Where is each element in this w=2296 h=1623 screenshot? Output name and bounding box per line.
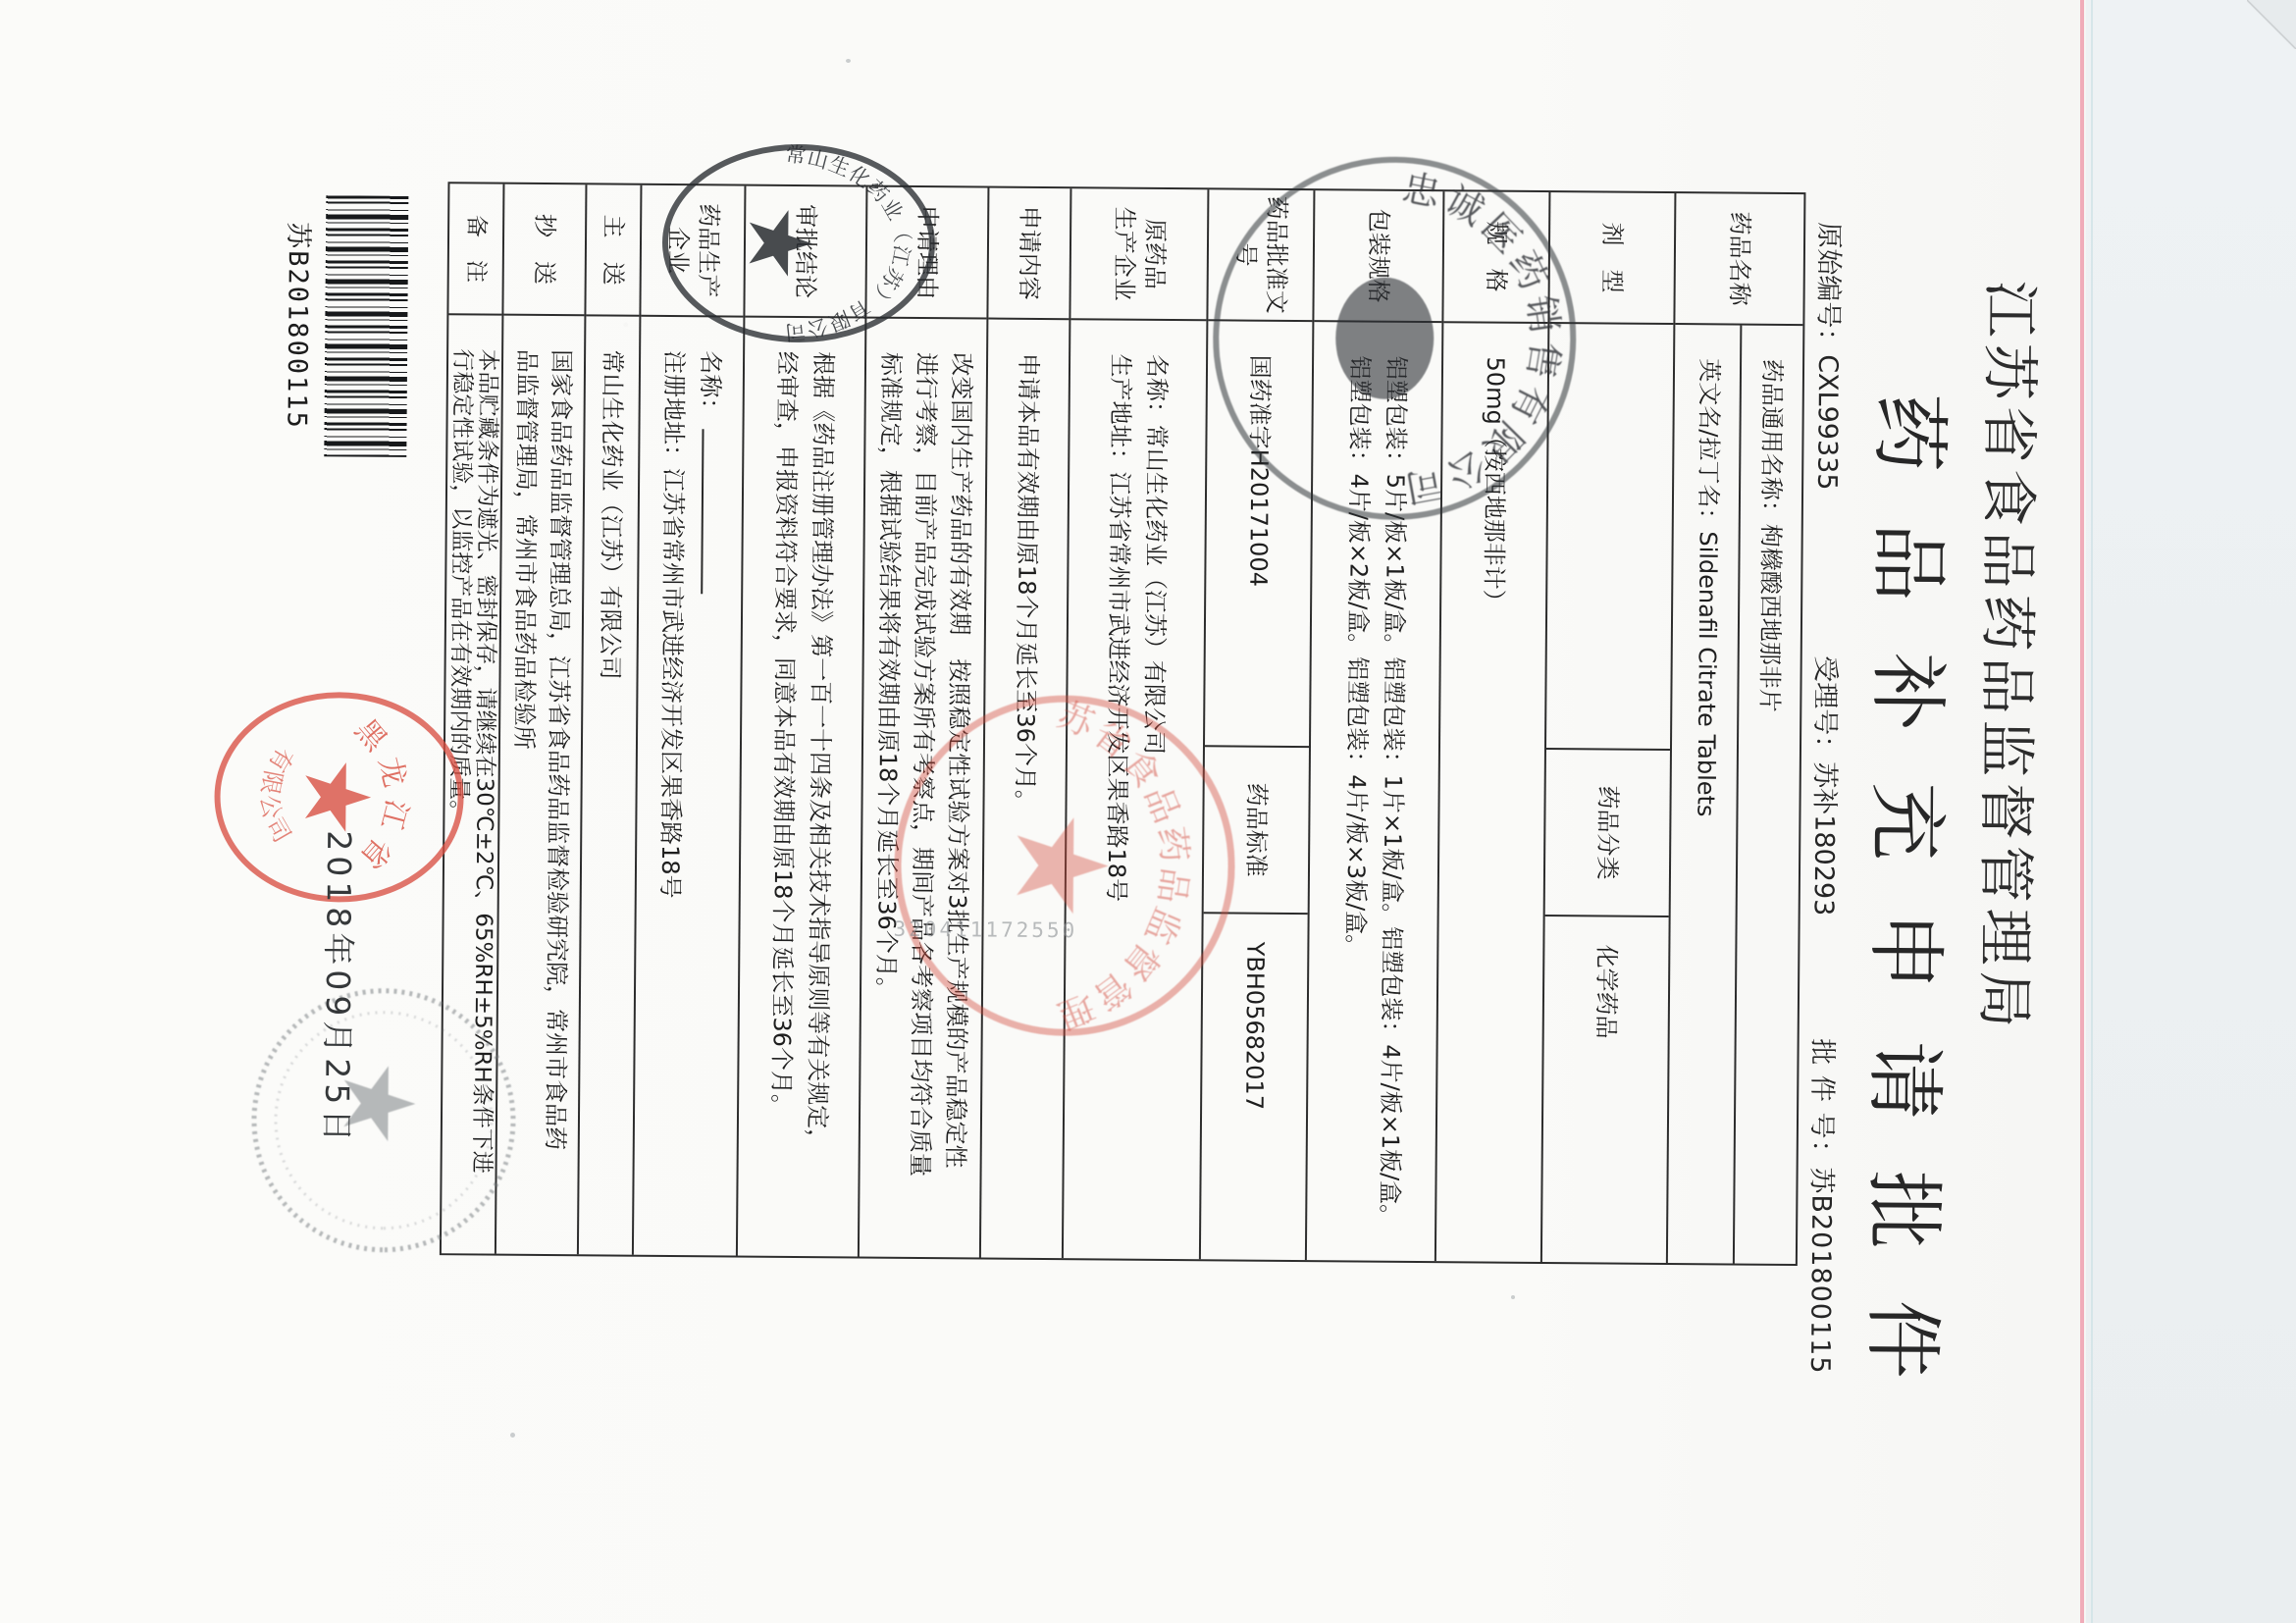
- copy-send-line1: 国家食品药品监督管理总局，江苏省食品药品监督检验研究院，常州市食品药: [537, 349, 578, 1246]
- english-name: 英文名/拉丁名：Sildenafil Citrate Tablets: [1672, 325, 1741, 1263]
- acceptance-number-label: 受理号：: [1809, 655, 1841, 761]
- copy-send-label: 抄 送: [503, 184, 585, 315]
- manufacturer-name-blank-line: [701, 429, 723, 594]
- conclusion-line1: 根据《药品注册管理办法》第一百一十四条及相关技术指导原则等有关规定，: [798, 351, 841, 1248]
- approval-certificate-number-value: 苏B201800115: [1804, 1167, 1837, 1374]
- manufacturer-name-label: 名称：: [697, 350, 725, 421]
- star-icon: ★: [284, 757, 390, 838]
- manufacturer-address: 注册地址：江苏省常州市武进经济开发区果香路18号: [649, 350, 692, 1247]
- barcode: [324, 195, 408, 457]
- grey-dotted-round-stamp: ★: [237, 977, 524, 1264]
- approval-certificate-number: 批 件 号：苏B201800115: [1803, 1038, 1845, 1375]
- main-send-value: 常山生化药业（江苏）有限公司: [579, 314, 640, 1254]
- original-manufacturer-label-line1: 原药品: [1139, 219, 1171, 289]
- conclusion-line2: 经审查，申报资料符合要求，同意本品有效期由原18个月延长至36个月。: [761, 351, 805, 1248]
- star-icon: ★: [729, 204, 831, 283]
- document-title: 药品补充申请批件: [1852, 393, 1973, 1431]
- document-rotated-content: 江苏省食品药品监督管理局 药品补充申请批件 原始编号：CXL99335 受理号：…: [0, 0, 2296, 1623]
- original-number-value: CXL99335: [1811, 354, 1843, 491]
- classification-label: 药品分类: [1545, 748, 1670, 917]
- acceptance-number-value: 苏补180293: [1808, 761, 1840, 916]
- black-round-stamp-sales-company: 忠诚医药销售有限公司: [1193, 136, 1596, 540]
- application-content-label: 申请内容: [988, 188, 1070, 319]
- original-manufacturer-label: 原药品 生产企业: [1070, 188, 1207, 319]
- classification-value: 化学药品: [1542, 916, 1669, 1263]
- barcode-text: 苏B201800115: [280, 179, 320, 473]
- scanned-document-screenshot: 江苏省食品药品监督管理局 药品补充申请批件 原始编号：CXL99335 受理号：…: [0, 0, 2296, 1623]
- black-oval-stamp-company: 常山生化药业（江苏）有限公司 ★: [654, 134, 943, 352]
- approval-certificate-number-label: 批 件 号：: [1806, 1038, 1838, 1167]
- original-number: 原始编号：CXL99335: [1810, 222, 1851, 491]
- main-send-label: 主 送: [586, 184, 640, 314]
- original-manufacturer-label-line2: 生产企业: [1109, 207, 1140, 301]
- approval-date: 2018年09月25日: [316, 830, 365, 1146]
- remark-label: 备 注: [448, 183, 502, 313]
- generic-name: 药品通用名称：枸橼酸西地那非片: [1733, 326, 1803, 1264]
- table-row-drug-name: 药品名称 药品通用名称：枸橼酸西地那非片 英文名/拉丁名：Sildenafil …: [1668, 193, 1804, 1264]
- drug-name-label: 药品名称: [1675, 193, 1803, 324]
- agency-title: 江苏省食品药品监督管理局: [1968, 280, 2057, 1034]
- red-round-stamp-authority: 江苏省食品药品监督管理局 ★: [877, 678, 1253, 1054]
- star-icon: ★: [987, 809, 1134, 922]
- acceptance-number: 受理号：苏补180293: [1807, 655, 1848, 916]
- table-row-main-send: 主 送 常山生化药业（江苏）有限公司: [579, 184, 643, 1254]
- faint-side-code: 320411172550: [893, 917, 1070, 942]
- id-line: 原始编号：CXL99335 受理号：苏补180293 批 件 号：苏B20180…: [1804, 0, 1852, 1619]
- stamp-center-blob: [1335, 277, 1435, 399]
- manufacturer-name: 名称：: [685, 350, 728, 1247]
- original-number-label: 原始编号：: [1812, 222, 1844, 354]
